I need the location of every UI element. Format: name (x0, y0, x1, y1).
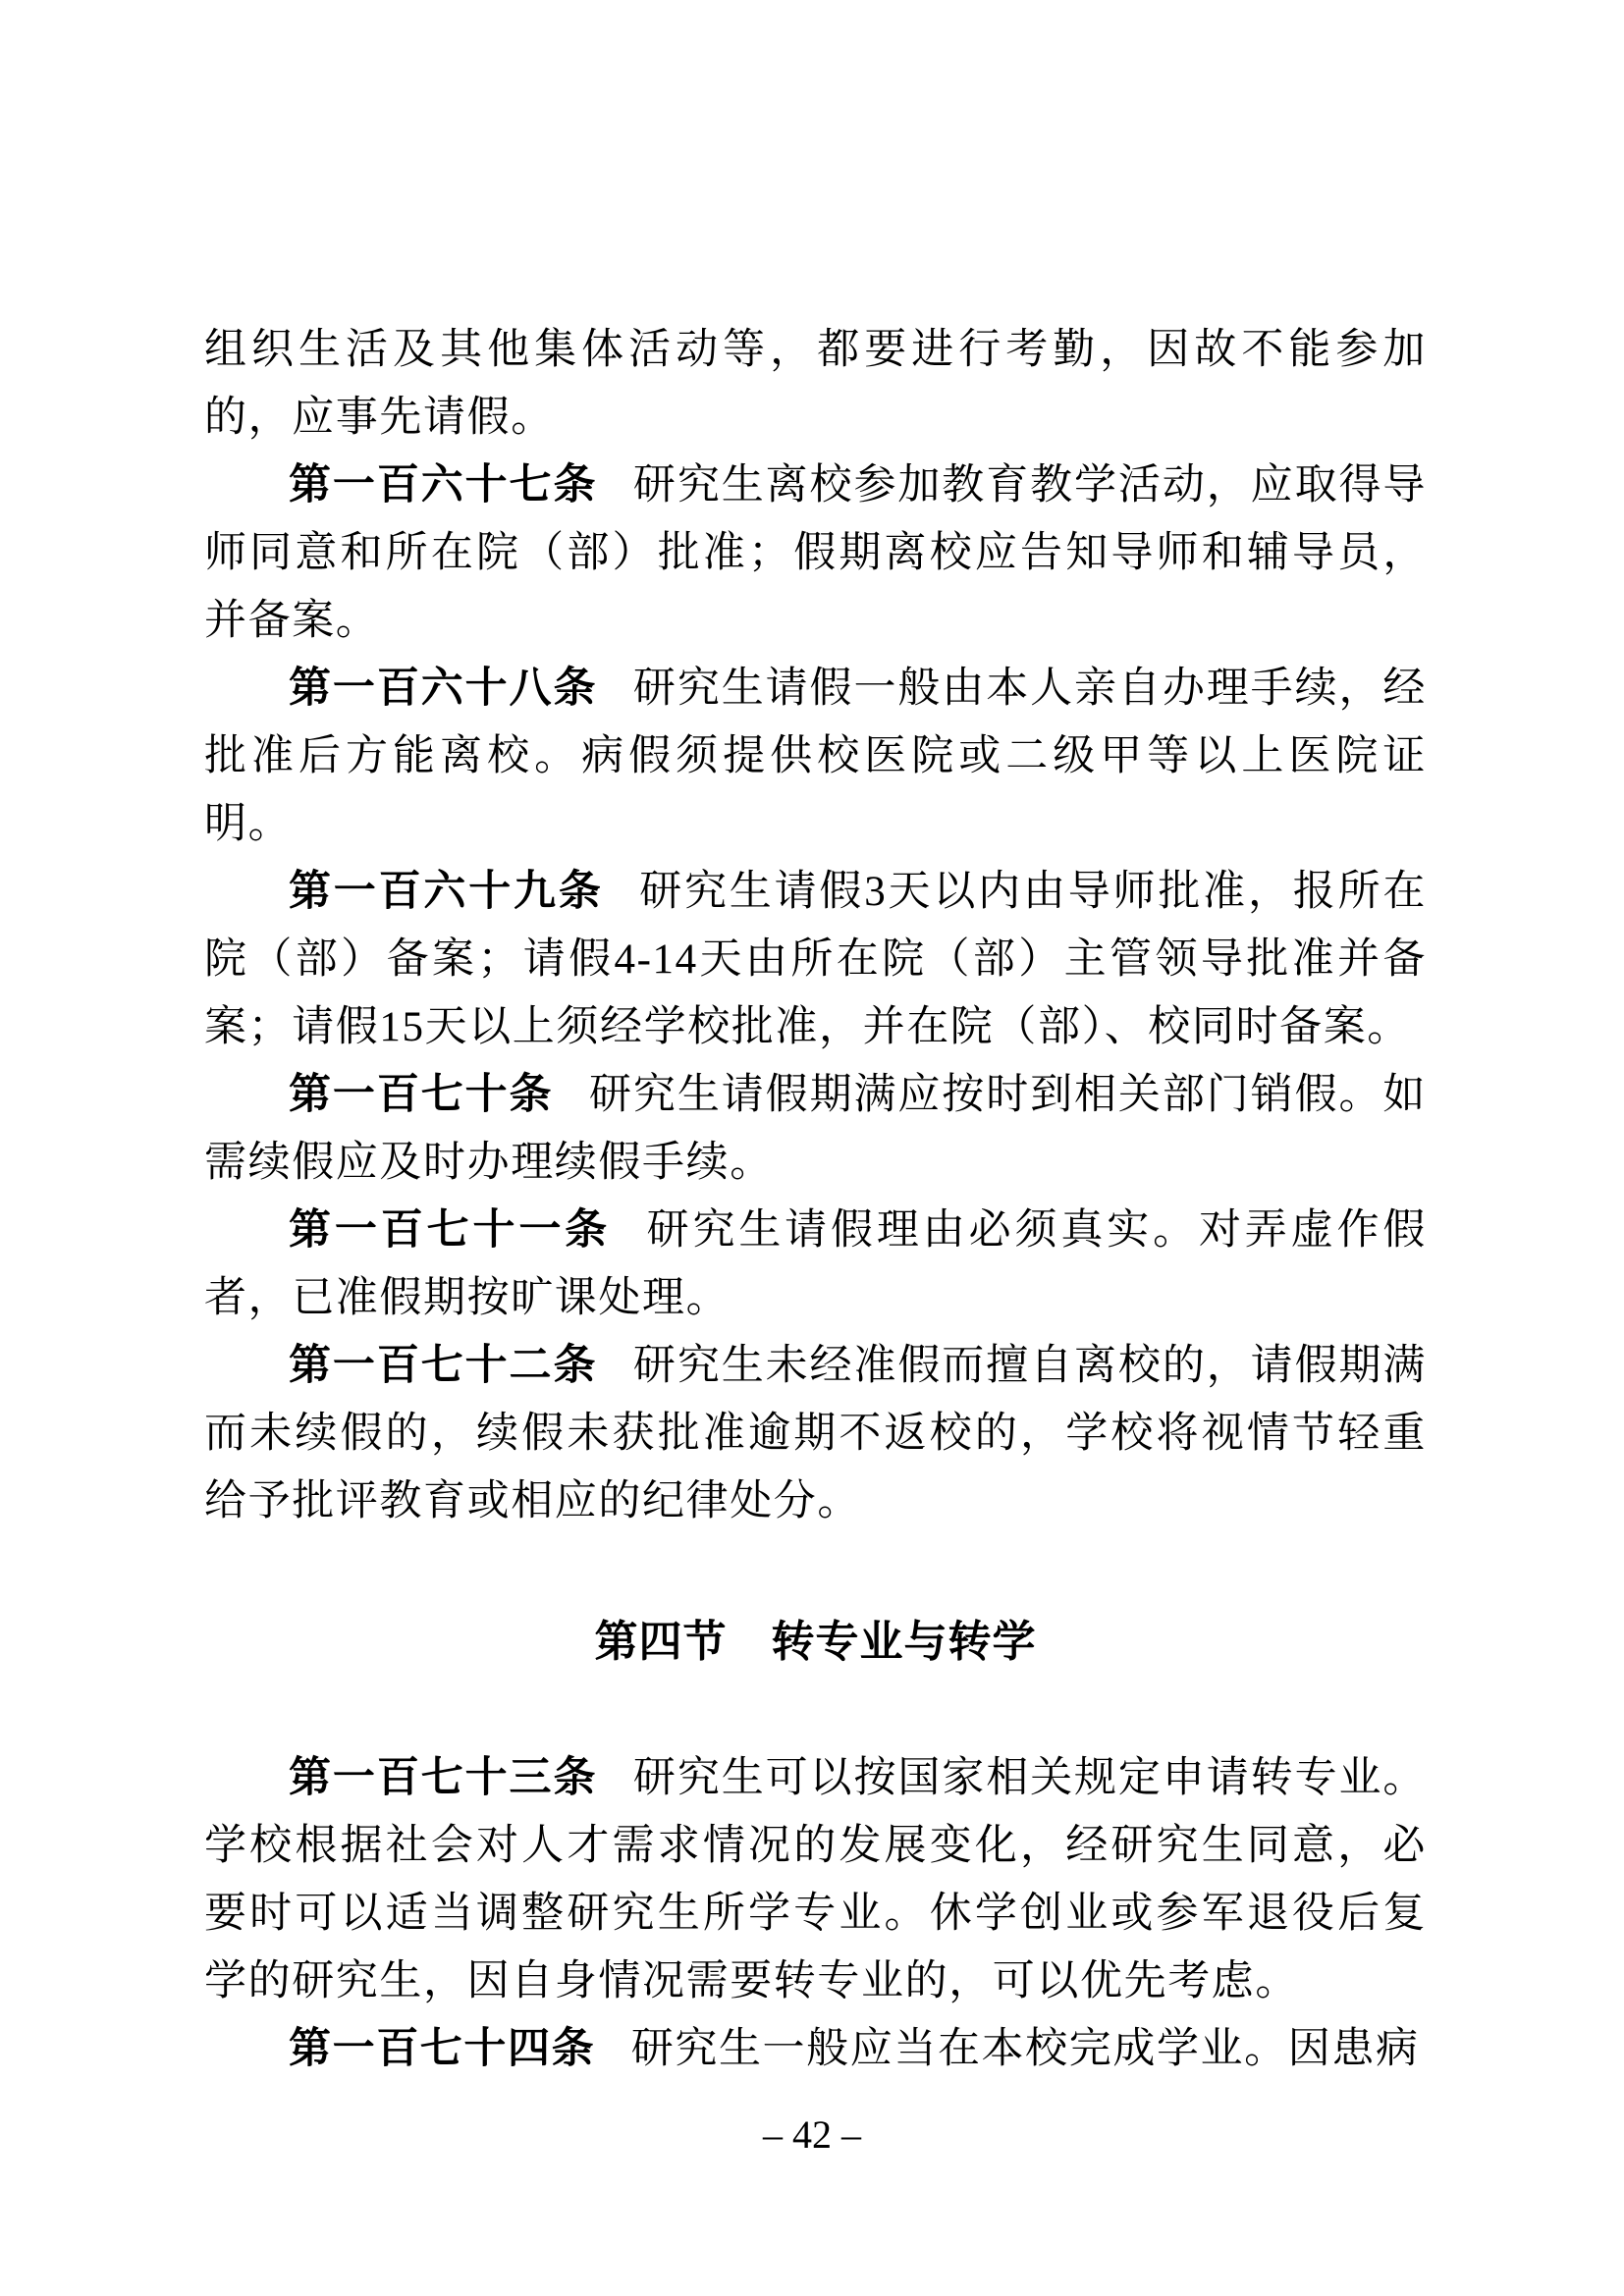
article-173-paragraph: 第一百七十三条研究生可以按国家相关规定申请转专业。学校根据社会对人才需求情况的发… (204, 1744, 1427, 2015)
article-174-text: 研究生一般应当在本校完成学业。因患病 (631, 2026, 1420, 2072)
page-number-footer: – 42 – (0, 2113, 1624, 2157)
paragraph-continuation: 组织生活及其他集体活动等，都要进行考勤，因故不能参加的，应事先请假。 (204, 316, 1427, 452)
document-page: 组织生活及其他集体活动等，都要进行考勤，因故不能参加的，应事先请假。 第一百六十… (0, 0, 1624, 2296)
section-heading: 第四节 转专业与转学 (204, 1608, 1427, 1676)
article-170-paragraph: 第一百七十条研究生请假期满应按时到相关部门销假。如需续假应及时办理续假手续。 (204, 1061, 1427, 1197)
article-169-paragraph: 第一百六十九条研究生请假3天以内由导师批准，报所在院（部）备案；请假4-14天由… (204, 858, 1427, 1061)
article-174-paragraph: 第一百七十四条研究生一般应当在本校完成学业。因患病 (204, 2015, 1427, 2083)
article-172-paragraph: 第一百七十二条研究生未经准假而擅自离校的，请假期满而未续假的，续假未获批准逾期不… (204, 1332, 1427, 1535)
article-167-number: 第一百六十七条 (289, 461, 597, 508)
article-170-number: 第一百七十条 (289, 1071, 553, 1118)
article-167-paragraph: 第一百六十七条研究生离校参加教育教学活动，应取得导师同意和所在院（部）批准；假期… (204, 452, 1427, 655)
article-172-number: 第一百七十二条 (289, 1342, 597, 1389)
article-169-number: 第一百六十九条 (289, 868, 604, 915)
paragraph-continuation-text: 组织生活及其他集体活动等，都要进行考勤，因故不能参加的，应事先请假。 (204, 327, 1427, 441)
document-body: 组织生活及其他集体活动等，都要进行考勤，因故不能参加的，应事先请假。 第一百六十… (204, 316, 1427, 2083)
article-168-paragraph: 第一百六十八条研究生请假一般由本人亲自办理手续，经批准后方能离校。病假须提供校医… (204, 655, 1427, 858)
article-173-number: 第一百七十三条 (289, 1754, 597, 1801)
article-168-number: 第一百六十八条 (289, 665, 597, 712)
article-171-number: 第一百七十一条 (289, 1206, 611, 1254)
article-174-number: 第一百七十四条 (289, 2025, 595, 2072)
article-171-paragraph: 第一百七十一条研究生请假理由必须真实。对弄虚作假者，已准假期按旷课处理。 (204, 1197, 1427, 1332)
